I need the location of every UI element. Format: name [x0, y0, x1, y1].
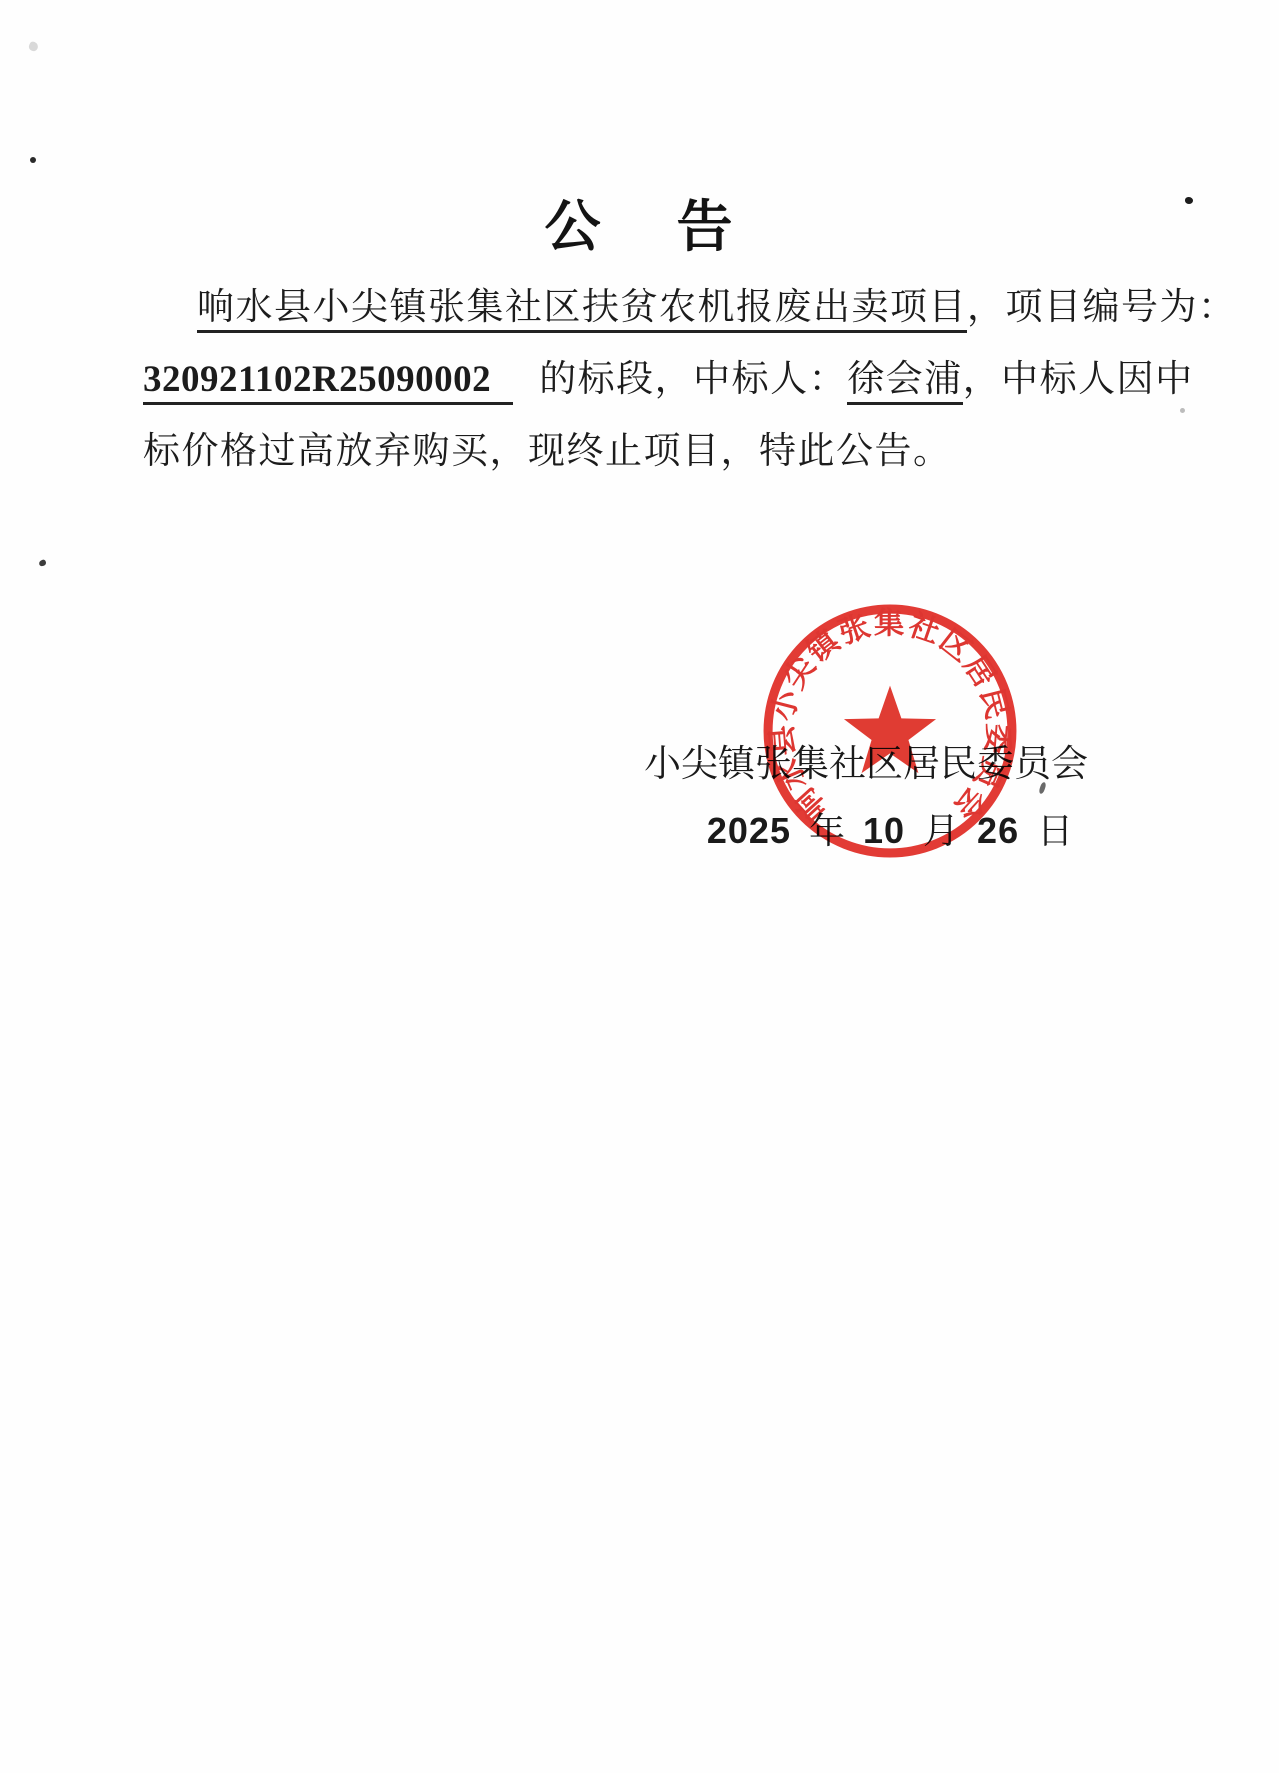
official-seal: 响水县小尖镇张集社区居民委员会: [758, 599, 1022, 863]
body-text-segment: 标价格过高放弃购买，现终止项目，特此公告。: [143, 431, 952, 472]
date-day-unit: 日: [1037, 811, 1073, 851]
body-line: 320921102R25090002的标段，中标人：徐会浦，中标人因中: [143, 344, 1143, 416]
body-text-segment: ，项目编号为：: [967, 287, 1237, 328]
body-text-segment: 的标段，中标人：: [539, 359, 847, 400]
seal-star-icon: [844, 686, 936, 773]
scan-artifact-dot: [1180, 408, 1185, 413]
body-text-underlined-segment: 徐会浦: [847, 359, 963, 405]
page-title: 公 告: [0, 183, 1279, 263]
announcement-body: 响水县小尖镇张集社区扶贫农机报废出卖项目，项目编号为：320921102R250…: [143, 272, 1143, 488]
scan-artifact-dot: [30, 157, 36, 163]
body-line: 响水县小尖镇张集社区扶贫农机报废出卖项目，项目编号为：: [143, 272, 1143, 344]
scan-artifact-dot: [38, 559, 47, 567]
body-text-underlined-segment: 320921102R25090002: [143, 359, 513, 405]
body-line: 标价格过高放弃购买，现终止项目，特此公告。: [143, 416, 1143, 488]
scanned-announcement-page: 公 告 响水县小尖镇张集社区扶贫农机报废出卖项目，项目编号为：320921102…: [0, 0, 1279, 1773]
body-text-underlined-segment: 响水县小尖镇张集社区扶贫农机报废出卖项目: [197, 287, 967, 333]
body-text-segment: ，中标人因中: [963, 359, 1194, 400]
scan-artifact-dot: [28, 41, 40, 53]
